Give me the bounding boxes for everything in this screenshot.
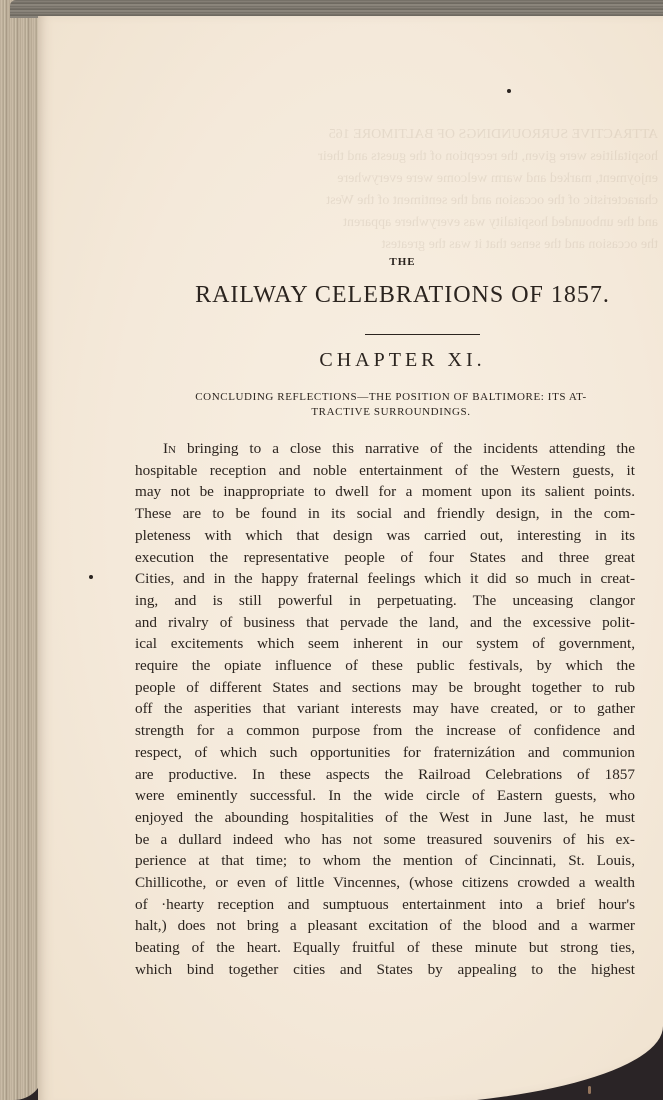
text-line: beating of the heart. Equally fruitful o… (135, 937, 635, 959)
ink-speck (89, 575, 93, 579)
text-line: require the opiate influence of these pu… (135, 655, 635, 677)
text-line: off the asperities that variant interest… (135, 698, 635, 720)
chapter-summary: CONCLUDING REFLECTIONS—THE POSITION OF B… (131, 390, 651, 420)
text-line-content: bringing to a close this narrative of th… (176, 440, 635, 457)
text-line: Chillicothe, or even of little Vincennes… (135, 872, 635, 894)
chapter-heading: CHAPTER XI. (155, 349, 650, 372)
paper-stain (588, 1086, 591, 1094)
text-line: ing, and is still powerful in perpetuati… (135, 590, 635, 612)
chapter-summary-line: CONCLUDING REFLECTIONS—THE POSITION OF B… (131, 390, 651, 405)
initial-word: In (163, 440, 176, 457)
text-line: which bind together cities and States by… (135, 959, 635, 981)
text-line: people of different States and sections … (135, 677, 635, 699)
book-title: RAILWAY CELEBRATIONS OF 1857. (155, 282, 650, 309)
bleed-line: characteristic of the occasion and the s… (188, 190, 658, 212)
ink-speck (507, 89, 511, 93)
text-line: In bringing to a close this narrative of… (135, 438, 635, 460)
bleed-through-text: ATTRACTIVE SURROUNDINGS OF BALTIMORE 165… (188, 124, 658, 256)
text-line: perience at that time; to whom the menti… (135, 850, 635, 872)
text-line: were eminently successful. In the wide c… (135, 785, 635, 807)
text-line: are productive. In these aspects the Rai… (135, 764, 635, 786)
text-line: execution the representative people of f… (135, 547, 635, 569)
bleed-line: and the unbounded hospitality was everyw… (188, 212, 658, 234)
text-line: of ·hearty reception and sumptuous enter… (135, 894, 635, 916)
text-line: and rivalry of business that pervade the… (135, 612, 635, 634)
text-line: pleteness with which that design was car… (135, 525, 635, 547)
body-paragraph: In bringing to a close this narrative of… (135, 438, 650, 981)
text-line: halt,) does not bring a pleasant excitat… (135, 915, 635, 937)
text-line: ical excitements which seem inherent in … (135, 633, 635, 655)
text-line: enjoyed the abounding hospitalities of t… (135, 807, 635, 829)
text-line: These are to be found in its social and … (135, 503, 635, 525)
page-content: THE RAILWAY CELEBRATIONS OF 1857. CHAPTE… (135, 250, 650, 981)
text-line: hospitable reception and noble entertain… (135, 460, 635, 482)
header-the: THE (155, 256, 650, 268)
bleed-line: hospitalities were given, the reception … (188, 146, 658, 168)
bleed-line: ATTRACTIVE SURROUNDINGS OF BALTIMORE 165 (188, 124, 658, 146)
text-line: may not be inappropriate to dwell for a … (135, 481, 635, 503)
text-line: be a dullard indeed who has not some tre… (135, 829, 635, 851)
text-line: respect, of which such opportunities for… (135, 742, 635, 764)
scanned-book-page: ATTRACTIVE SURROUNDINGS OF BALTIMORE 165… (0, 0, 663, 1100)
bleed-line: enjoyment, marked and warm welcome were … (188, 168, 658, 190)
text-line: Cities, and in the happy fraternal feeli… (135, 568, 635, 590)
chapter-summary-line: TRACTIVE SURROUNDINGS. (131, 405, 651, 420)
text-line: strength for a common purpose from the i… (135, 720, 635, 742)
title-rule-divider (365, 334, 480, 335)
